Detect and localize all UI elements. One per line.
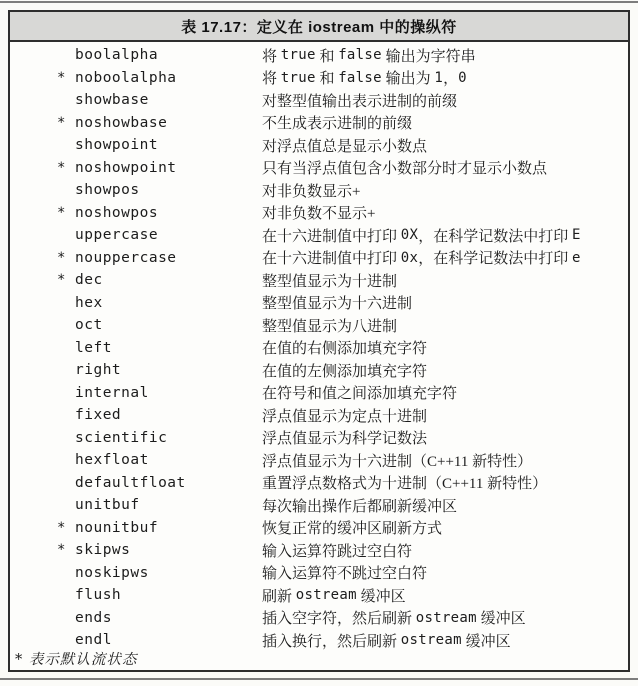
table-row: defaultfloat重置浮点数格式为十进制（C++11 新特性） <box>10 472 628 495</box>
manipulator-name: showbase <box>75 92 149 108</box>
manipulator-name: noshowpoint <box>75 160 177 176</box>
default-state-marker: * <box>57 272 75 288</box>
manipulator-description: 恢复正常的缓冲区刷新方式 <box>262 517 442 540</box>
manipulator-description: 不生成表示进制的前缀 <box>262 112 412 135</box>
table-title: 表 17.17：定义在 iostream 中的操纵符 <box>181 16 457 37</box>
table-row: ends插入空字符，然后刷新 ostream 缓冲区 <box>10 607 628 630</box>
default-state-marker: * <box>57 160 75 176</box>
manipulator-name: uppercase <box>75 227 158 243</box>
manipulator-description: 整型值显示为八进制 <box>262 314 397 337</box>
table-row: unitbuf每次输出操作后都刷新缓冲区 <box>10 494 628 517</box>
table-row: fixed浮点值显示为定点十进制 <box>10 404 628 427</box>
manipulator-name: nounitbuf <box>75 520 158 536</box>
table-row: *nouppercase在十六进制值中打印 0x，在科学记数法中打印 e <box>10 247 628 270</box>
manipulator-description: 在十六进制值中打印 0X，在科学记数法中打印 E <box>262 224 581 247</box>
manipulator-name: skipws <box>75 542 130 558</box>
manipulator-description: 对非负数不显示+ <box>262 202 375 225</box>
table-footnote: * 表示默认流状态 <box>10 648 628 669</box>
table-row: *noboolalpha将 true 和 false 输出为 1，0 <box>10 67 628 90</box>
table-row: showpoint对浮点值总是显示小数点 <box>10 134 628 157</box>
manipulator-name: dec <box>75 272 103 288</box>
manipulator-name: scientific <box>75 430 167 446</box>
manipulator-description: 在值的右侧添加填充字符 <box>262 337 427 360</box>
manipulator-description: 在符号和值之间添加填充字符 <box>262 382 457 405</box>
manipulator-description: 浮点值显示为定点十进制 <box>262 404 427 427</box>
manipulator-name: hex <box>75 295 103 311</box>
manipulator-name: defaultfloat <box>75 475 186 491</box>
table-row: flush刷新 ostream 缓冲区 <box>10 584 628 607</box>
table-row: scientific浮点值显示为科学记数法 <box>10 427 628 450</box>
table-row: oct整型值显示为八进制 <box>10 314 628 337</box>
manipulator-description: 对浮点值总是显示小数点 <box>262 134 427 157</box>
default-state-marker: * <box>57 205 75 221</box>
manipulator-table: 表 17.17：定义在 iostream 中的操纵符 boolalpha将 tr… <box>8 10 630 672</box>
table-row: *nounitbuf恢复正常的缓冲区刷新方式 <box>10 517 628 540</box>
manipulator-name: endl <box>75 632 112 648</box>
manipulator-description: 对非负数显示+ <box>262 179 360 202</box>
table-row: left在值的右侧添加填充字符 <box>10 337 628 360</box>
manipulator-description: 整型值显示为十进制 <box>262 269 397 292</box>
manipulator-name: internal <box>75 385 149 401</box>
table-row: showbase对整型值输出表示进制的前缀 <box>10 89 628 112</box>
default-state-marker: * <box>57 250 75 266</box>
table-row: *noshowpoint只有当浮点值包含小数部分时才显示小数点 <box>10 157 628 180</box>
default-state-marker: * <box>57 542 75 558</box>
manipulator-name: noboolalpha <box>75 70 177 86</box>
manipulator-description: 输入运算符跳过空白符 <box>262 539 412 562</box>
manipulator-name: noshowbase <box>75 115 167 131</box>
manipulator-description: 在值的左侧添加填充字符 <box>262 359 427 382</box>
manipulator-description: 只有当浮点值包含小数部分时才显示小数点 <box>262 157 547 180</box>
table-row: boolalpha将 true 和 false 输出为字符串 <box>10 44 628 67</box>
default-state-marker: * <box>57 70 75 86</box>
manipulator-description: 将 true 和 false 输出为 1，0 <box>262 67 467 90</box>
manipulator-name: oct <box>75 317 103 333</box>
manipulator-name: showpoint <box>75 137 158 153</box>
manipulator-description: 重置浮点数格式为十进制（C++11 新特性） <box>262 472 547 495</box>
table-row: noskipws输入运算符不跳过空白符 <box>10 562 628 585</box>
table-row: *noshowpos对非负数不显示+ <box>10 202 628 225</box>
table-row: hex整型值显示为十六进制 <box>10 292 628 315</box>
table-row: right在值的左侧添加填充字符 <box>10 359 628 382</box>
manipulator-description: 浮点值显示为科学记数法 <box>262 427 427 450</box>
manipulator-description: 每次输出操作后都刷新缓冲区 <box>262 494 457 517</box>
table-header: 表 17.17：定义在 iostream 中的操纵符 <box>10 12 628 42</box>
table-row: *dec整型值显示为十进制 <box>10 269 628 292</box>
footnote-text: * 表示默认流状态 <box>15 648 137 669</box>
table-row: internal在符号和值之间添加填充字符 <box>10 382 628 405</box>
manipulator-name: showpos <box>75 182 140 198</box>
manipulator-description: 插入空字符，然后刷新 ostream 缓冲区 <box>262 607 526 630</box>
table-row: *noshowbase不生成表示进制的前缀 <box>10 112 628 135</box>
manipulator-description: 整型值显示为十六进制 <box>262 292 412 315</box>
table-row: showpos对非负数显示+ <box>10 179 628 202</box>
manipulator-name: noshowpos <box>75 205 158 221</box>
default-state-marker: * <box>57 115 75 131</box>
manipulator-description: 刷新 ostream 缓冲区 <box>262 584 406 607</box>
table-row: *skipws输入运算符跳过空白符 <box>10 539 628 562</box>
manipulator-description: 将 true 和 false 输出为字符串 <box>262 44 476 67</box>
manipulator-name: right <box>75 362 121 378</box>
manipulator-name: left <box>75 340 112 356</box>
manipulator-description: 输入运算符不跳过空白符 <box>262 562 427 585</box>
manipulator-name: hexfloat <box>75 452 149 468</box>
manipulator-description: 在十六进制值中打印 0x，在科学记数法中打印 e <box>262 247 581 270</box>
manipulator-name: flush <box>75 587 121 603</box>
manipulator-name: noskipws <box>75 565 149 581</box>
table-row: hexfloat浮点值显示为十六进制（C++11 新特性） <box>10 449 628 472</box>
page-rule-bottom <box>0 678 638 680</box>
manipulator-description: 对整型值输出表示进制的前缀 <box>262 89 457 112</box>
manipulator-description: 浮点值显示为十六进制（C++11 新特性） <box>262 449 532 472</box>
manipulator-name: nouppercase <box>75 250 177 266</box>
default-state-marker: * <box>57 520 75 536</box>
manipulator-name: boolalpha <box>75 47 158 63</box>
manipulator-name: fixed <box>75 407 121 423</box>
page-rule-top <box>0 1 638 3</box>
table-body: boolalpha将 true 和 false 输出为字符串*noboolalp… <box>10 42 628 652</box>
table-row: uppercase在十六进制值中打印 0X，在科学记数法中打印 E <box>10 224 628 247</box>
manipulator-name: unitbuf <box>75 497 140 513</box>
manipulator-name: ends <box>75 610 112 626</box>
